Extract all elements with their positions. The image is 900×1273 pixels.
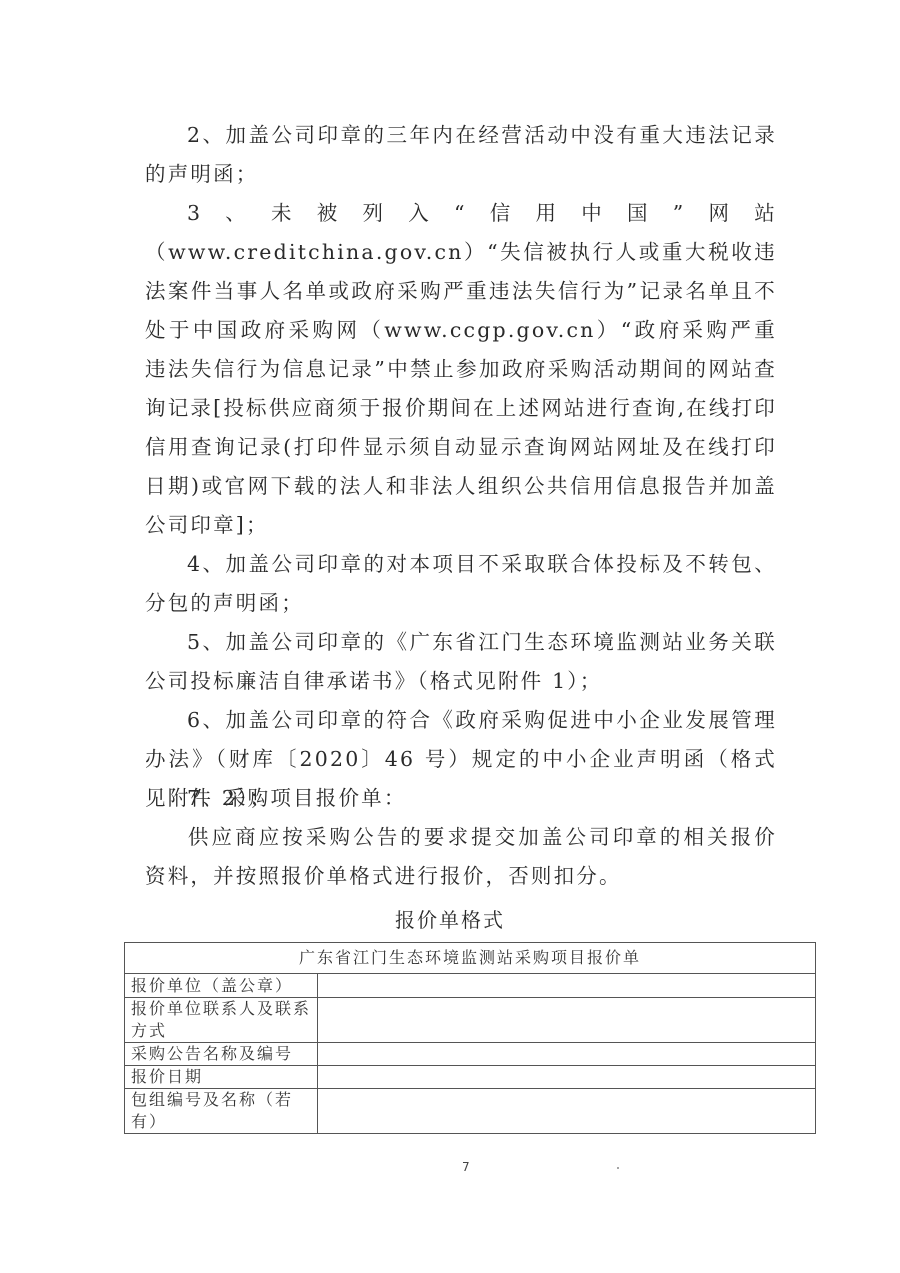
- paragraph-text: 供应商应按采购公告的要求提交加盖公司印章的相关报价资料，并按照报价单格式进行报价…: [145, 825, 777, 888]
- row-value-cell: [318, 1066, 816, 1089]
- table-row: 报价单位（盖公章）: [125, 974, 816, 998]
- row-label: 包组编号及名称（若有）: [125, 1089, 318, 1134]
- paragraph-item-4: 4、加盖公司印章的对本项目不采取联合体投标及不转包、分包的声明函；: [145, 545, 777, 623]
- paragraph-text: 2、加盖公司印章的三年内在经营活动中没有重大违法记录的声明函；: [145, 123, 777, 186]
- scan-speck: [617, 1167, 619, 1169]
- paragraph-text: 3、未被列入“信用中国”网站（www.creditchina.gov.cn）“失…: [145, 201, 777, 537]
- quote-form-table: 广东省江门生态环境监测站采购项目报价单 报价单位（盖公章） 报价单位联系人及联系…: [124, 942, 816, 1134]
- row-value-cell: [318, 974, 816, 998]
- paragraph-text: 4、加盖公司印章的对本项目不采取联合体投标及不转包、分包的声明函；: [145, 552, 777, 615]
- row-value-cell: [318, 998, 816, 1043]
- paragraph-text: 5、加盖公司印章的《广东省江门生态环境监测站业务关联公司投标廉洁自律承诺书》（格…: [145, 630, 777, 693]
- table-row: 报价单位联系人及联系方式: [125, 998, 816, 1043]
- row-label: 报价单位联系人及联系方式: [125, 998, 318, 1043]
- table-caption: 报价单格式: [0, 900, 900, 940]
- table-row: 采购公告名称及编号: [125, 1043, 816, 1066]
- paragraph-text: 7、采购项目报价单：: [187, 786, 407, 810]
- row-label: 采购公告名称及编号: [125, 1043, 318, 1066]
- row-label: 报价日期: [125, 1066, 318, 1089]
- table-title: 广东省江门生态环境监测站采购项目报价单: [125, 943, 816, 974]
- table-title-row: 广东省江门生态环境监测站采购项目报价单: [125, 943, 816, 974]
- row-label: 报价单位（盖公章）: [125, 974, 318, 998]
- paragraph-item-3: 3、未被列入“信用中国”网站（www.creditchina.gov.cn）“失…: [145, 194, 777, 545]
- row-value-cell: [318, 1089, 816, 1134]
- page-number: 7: [462, 1160, 470, 1174]
- paragraph-item-7: 7、采购项目报价单：: [145, 779, 777, 818]
- paragraph-item-5: 5、加盖公司印章的《广东省江门生态环境监测站业务关联公司投标廉洁自律承诺书》（格…: [145, 623, 777, 701]
- row-value-cell: [318, 1043, 816, 1066]
- paragraph-supplier-note: 供应商应按采购公告的要求提交加盖公司印章的相关报价资料，并按照报价单格式进行报价…: [145, 818, 777, 896]
- document-page: 2、加盖公司印章的三年内在经营活动中没有重大违法记录的声明函； 3、未被列入“信…: [0, 0, 900, 1273]
- table-row: 包组编号及名称（若有）: [125, 1089, 816, 1134]
- paragraph-item-2: 2、加盖公司印章的三年内在经营活动中没有重大违法记录的声明函；: [145, 116, 777, 194]
- table-row: 报价日期: [125, 1066, 816, 1089]
